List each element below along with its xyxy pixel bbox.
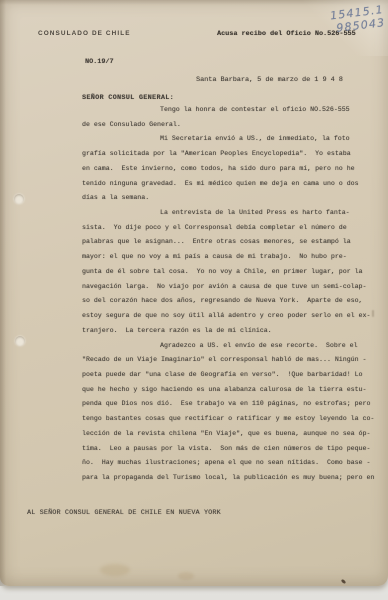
typed-line: para la propaganda del Turismo local, la… — [82, 474, 382, 489]
typed-line: en cama. Este invierno, como todos, ha s… — [82, 165, 382, 180]
paper-sheet: 15415.1 985043 CONSULADO DE CHILE Acusa … — [0, 0, 388, 586]
typed-line: tranjero. La tercera razón es la de mi c… — [82, 327, 382, 342]
paper-top-edge-shadow — [0, 0, 388, 5]
typed-line: días a la semana. — [82, 194, 382, 209]
typed-line: tengo bastantes cosas que rectificar o r… — [82, 415, 382, 430]
footer-addressee: AL SEÑOR CONSUL GENERAL DE CHILE EN NUEV… — [27, 509, 221, 517]
typed-line: tenido ninguna gravedad. Es mi médico qu… — [82, 180, 382, 195]
typed-line: que he hecho y sigo haciendo es una alab… — [82, 386, 382, 401]
paper-stain — [178, 572, 194, 580]
document-number: NO.19/7 — [85, 58, 114, 66]
paper-speck — [372, 310, 374, 317]
salutation: SEÑOR CONSUL GENERAL: — [82, 94, 174, 102]
typed-line: La entrevista de la United Press es hart… — [82, 209, 382, 224]
typed-line: mayor: el que no voy a mi país a causa d… — [82, 253, 382, 268]
typed-line: "Recado de un Viaje Imaginario" el corre… — [82, 356, 382, 371]
typed-line: Mi Secretaria envió a US., de inmediato,… — [82, 135, 382, 150]
scanned-letter-page: 15415.1 985043 CONSULADO DE CHILE Acusa … — [0, 0, 388, 600]
typed-line: ño. Hay muchas ilustraciones; apena el q… — [82, 459, 382, 474]
paper-speck — [341, 579, 347, 585]
letterhead: CONSULADO DE CHILE — [38, 30, 131, 37]
typed-line: sista. Yo dije poco y el Corresponsal de… — [82, 224, 382, 239]
typed-line: grafía solicitada por la "American Peopl… — [82, 150, 382, 165]
hole-punch — [14, 194, 24, 204]
typed-line: palabras que le asignan... Entre otras c… — [82, 238, 382, 253]
typed-line: tima. Leo a pausas por la vista. Son más… — [82, 445, 382, 460]
typed-line: so del corazón hace dos años, regresando… — [82, 297, 382, 312]
typed-line: navegación larga. No viajo por avión a c… — [82, 283, 382, 298]
typed-line: penda que Dios nos dió. Ese trabajo va e… — [82, 400, 382, 415]
typed-line: poeta puede dar "una clase de Geografía … — [82, 371, 382, 386]
typed-line: gunta de él sobre tal cosa. Yo no voy a … — [82, 268, 382, 283]
typed-line: estoy segura de que no soy útil allá ade… — [82, 312, 382, 327]
paper-left-edge-shadow — [0, 0, 6, 586]
handwritten-catalog-numbers: 15415.1 985043 — [330, 3, 387, 35]
typed-line: lección de la revista chilena "En Viaje"… — [82, 430, 382, 445]
typed-line: Agradezco a US. el envío de ese recorte.… — [82, 342, 382, 357]
typed-line: Tengo la honra de contestar el oficio NO… — [82, 106, 382, 121]
typed-line: de ese Consulado General. — [82, 121, 382, 136]
letter-body: Tengo la honra de contestar el oficio NO… — [82, 106, 382, 489]
paper-stain — [100, 564, 130, 576]
hole-punch — [15, 336, 25, 346]
dateline: Santa Barbara, 5 de marzo de 1 9 4 8 — [196, 76, 343, 84]
